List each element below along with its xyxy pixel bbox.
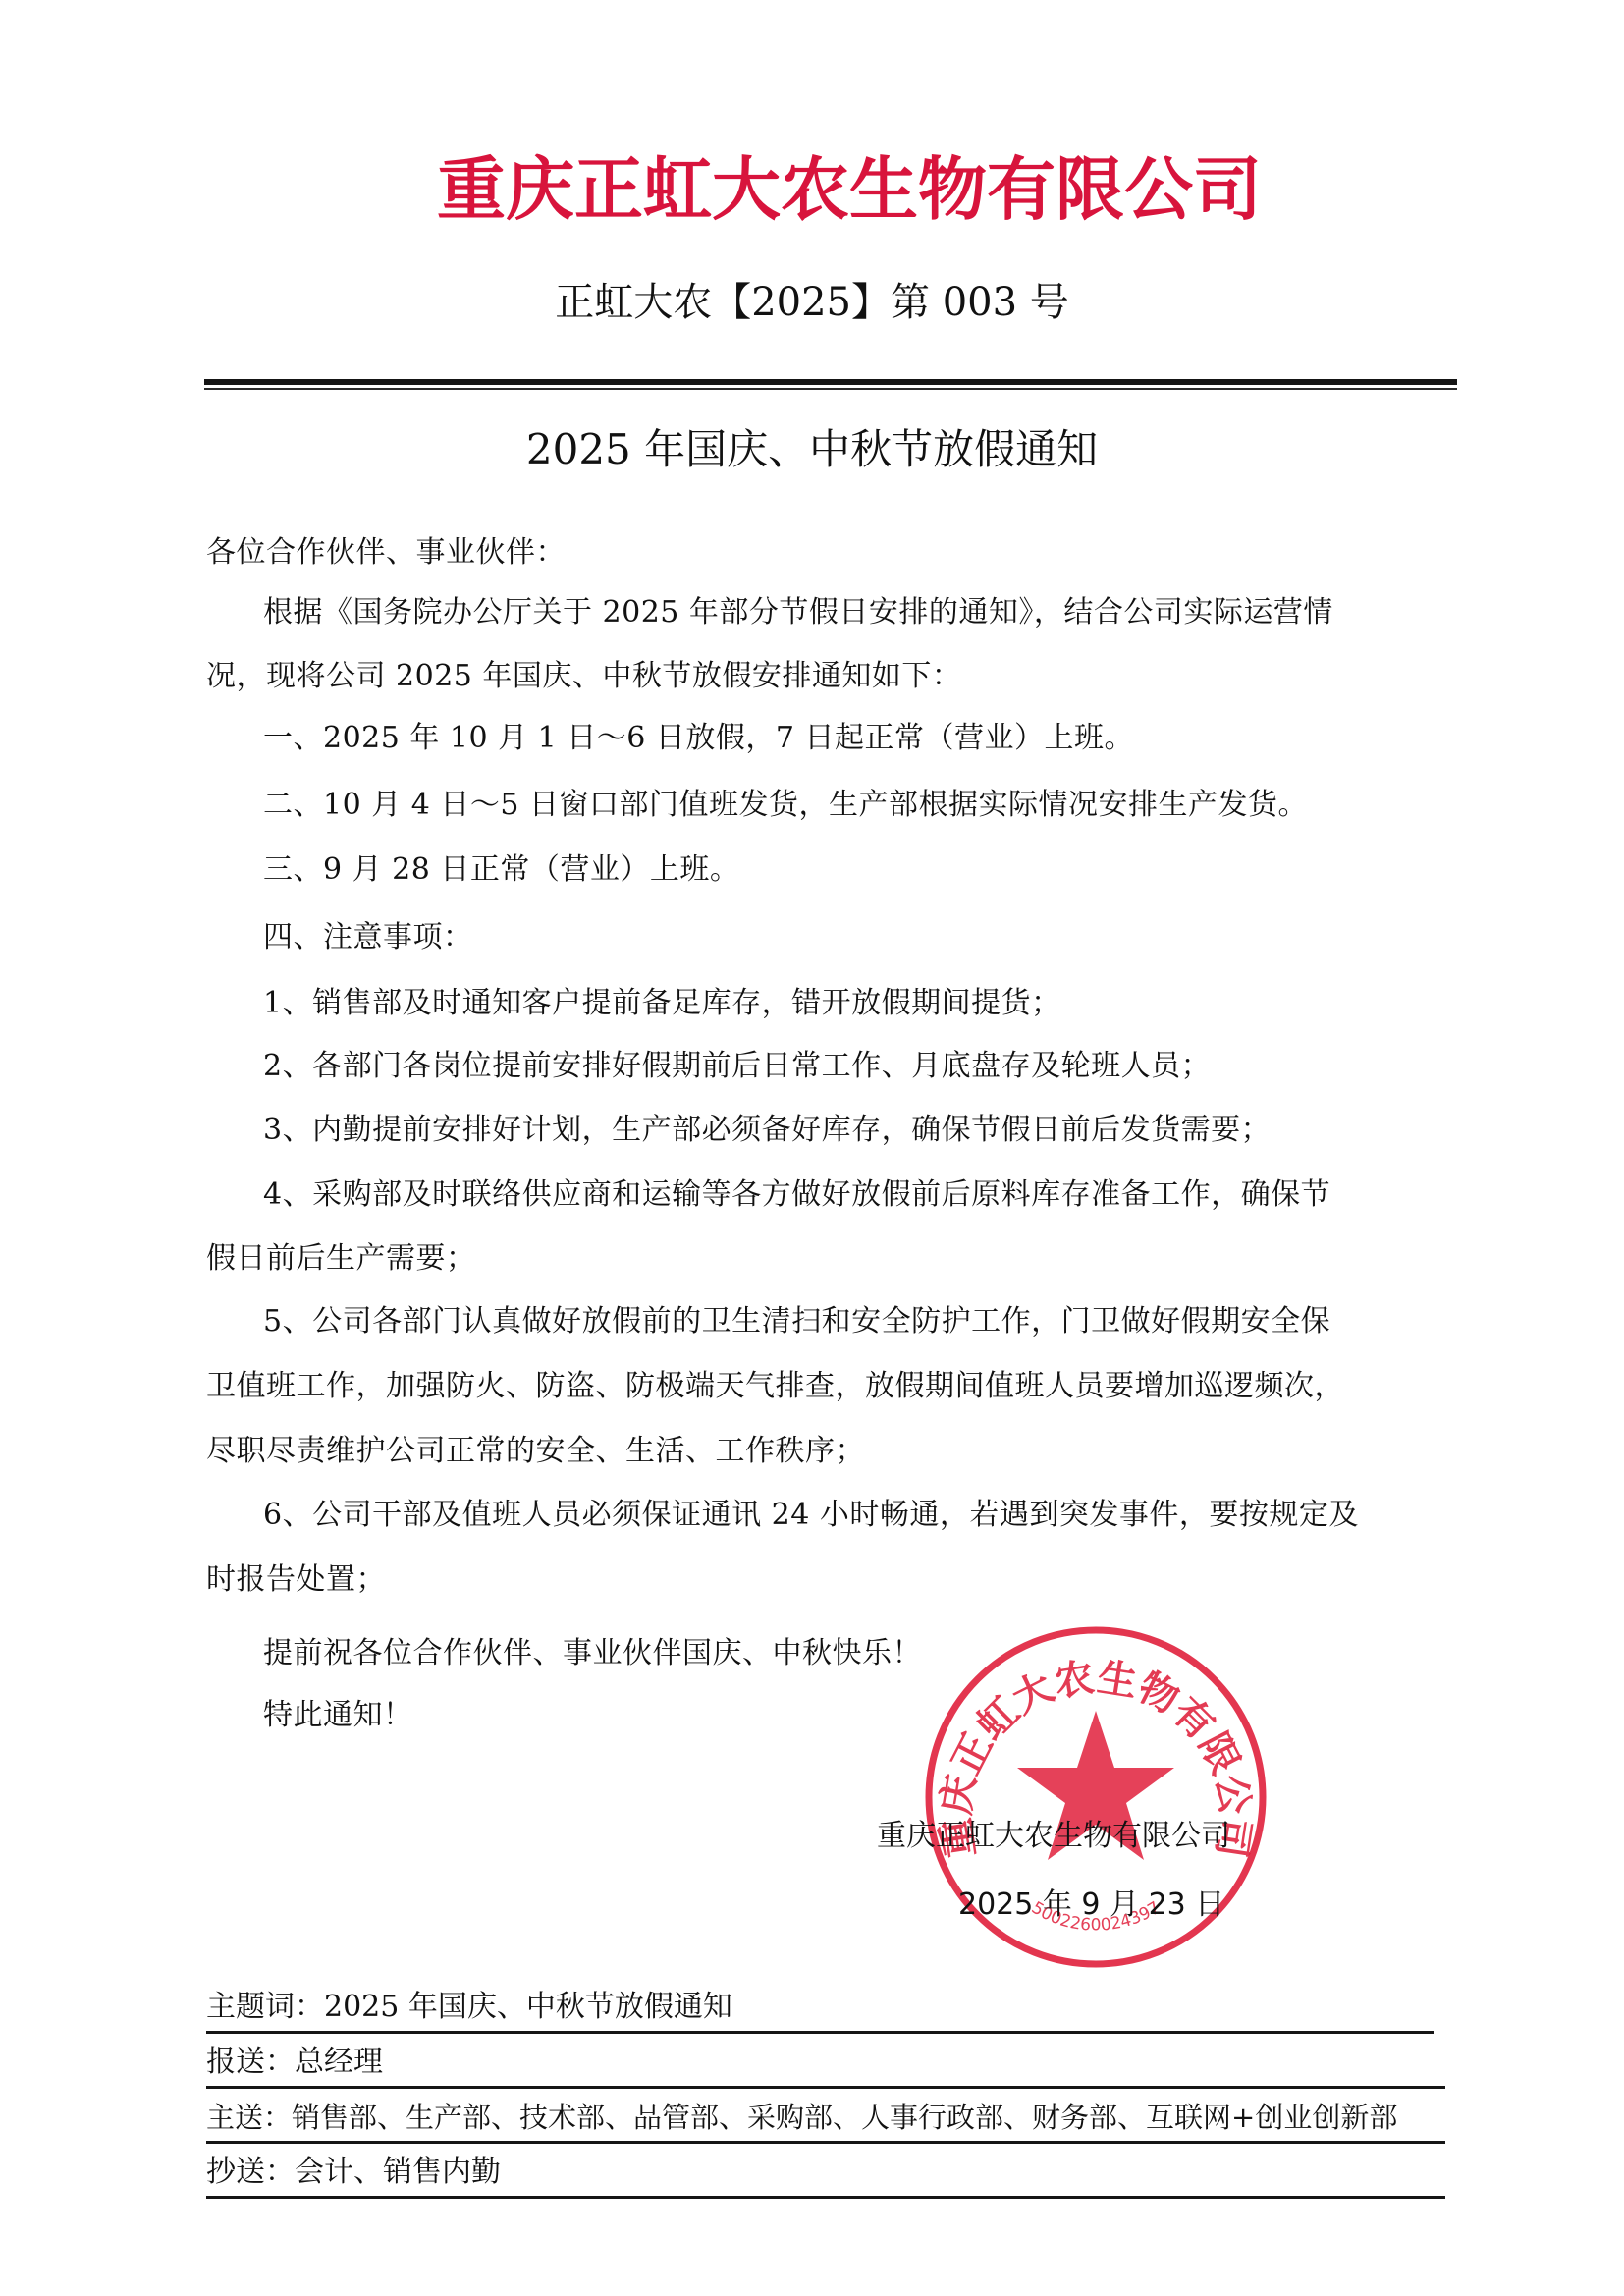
intro-line-1: 根据《国务院办公厅关于 2025 年部分节假日安排的通知》，结合公司实际运营情 bbox=[263, 593, 1333, 632]
document-number: 正虹大农【2025】第 003 号 bbox=[0, 277, 1624, 328]
item-3: 三、9 月 28 日正常（营业）上班。 bbox=[263, 850, 739, 890]
note-5-line-2: 卫值班工作，加强防火、防盗、防极端天气排查，放假期间值班人员要增加巡逻频次， bbox=[206, 1367, 1344, 1406]
note-6-line-2: 时报告处置； bbox=[206, 1560, 386, 1600]
header-rule-thin bbox=[204, 388, 1457, 390]
cc-value: 会计、销售内勤 bbox=[295, 2153, 501, 2192]
closing: 特此通知！ bbox=[263, 1696, 413, 1735]
note-1: 1、销售部及时通知客户提前备足库存，错开放假期间提货； bbox=[263, 984, 1061, 1023]
note-6-line-1: 6、公司干部及值班人员必须保证通讯 24 小时畅通，若遇到突发事件，要按规定及 bbox=[263, 1496, 1359, 1535]
header-rule-thick bbox=[204, 379, 1457, 385]
note-5-line-1: 5、公司各部门认真做好放假前的卫生清扫和安全防护工作，门卫做好假期安全保 bbox=[263, 1302, 1330, 1341]
note-4-line-2: 假日前后生产需要； bbox=[206, 1239, 476, 1279]
main-send-label: 主送： bbox=[206, 2098, 292, 2137]
note-2: 2、各部门各岗位提前安排好假期前后日常工作、月底盘存及轮班人员； bbox=[263, 1047, 1211, 1086]
footer-main-send-row: 主送：销售部、生产部、技术部、品管部、采购部、人事行政部、财务部、互联网+创业创… bbox=[206, 2098, 1445, 2144]
company-letterhead: 重庆正虹大农生物有限公司 bbox=[420, 145, 1278, 234]
note-3: 3、内勤提前安排好计划，生产部必须备好库存，确保节假日前后发货需要； bbox=[263, 1111, 1271, 1150]
signature-date: 2025 年 9 月 23 日 bbox=[958, 1886, 1224, 1925]
report-value: 总经理 bbox=[295, 2043, 383, 2082]
footer-subject-row: 主题词：2025 年国庆、中秋节放假通知 bbox=[206, 1988, 1434, 2034]
item-4-heading: 四、注意事项： bbox=[263, 918, 473, 957]
document-title: 2025 年国庆、中秋节放假通知 bbox=[0, 422, 1624, 477]
salutation: 各位合作伙伴、事业伙伴： bbox=[206, 533, 566, 573]
item-1: 一、2025 年 10 月 1 日～6 日放假，7 日起正常（营业）上班。 bbox=[263, 719, 1134, 758]
greeting: 提前祝各位合作伙伴、事业伙伴国庆、中秋快乐！ bbox=[263, 1634, 922, 1673]
report-label: 报送： bbox=[206, 2043, 295, 2082]
main-send-value: 销售部、生产部、技术部、品管部、采购部、人事行政部、财务部、互联网+创业创新部 bbox=[292, 2098, 1397, 2137]
note-4-line-1: 4、采购部及时联络供应商和运输等各方做好放假前后原料库存准备工作，确保节 bbox=[263, 1175, 1330, 1215]
footer-report-row: 报送：总经理 bbox=[206, 2043, 1445, 2089]
intro-line-2: 况，现将公司 2025 年国庆、中秋节放假安排通知如下： bbox=[206, 657, 961, 696]
footer-cc-row: 抄送：会计、销售内勤 bbox=[206, 2153, 1445, 2199]
signature-company: 重庆正虹大农生物有限公司 bbox=[877, 1817, 1230, 1856]
cc-label: 抄送： bbox=[206, 2153, 295, 2192]
note-5-line-3: 尽职尽责维护公司正常的安全、生活、工作秩序； bbox=[206, 1432, 865, 1471]
subject-label: 主题词： bbox=[206, 1988, 324, 2027]
subject-value: 2025 年国庆、中秋节放假通知 bbox=[324, 1988, 732, 2027]
item-2: 二、10 月 4 日～5 日窗口部门值班发货，生产部根据实际情况安排生产发货。 bbox=[263, 786, 1308, 825]
